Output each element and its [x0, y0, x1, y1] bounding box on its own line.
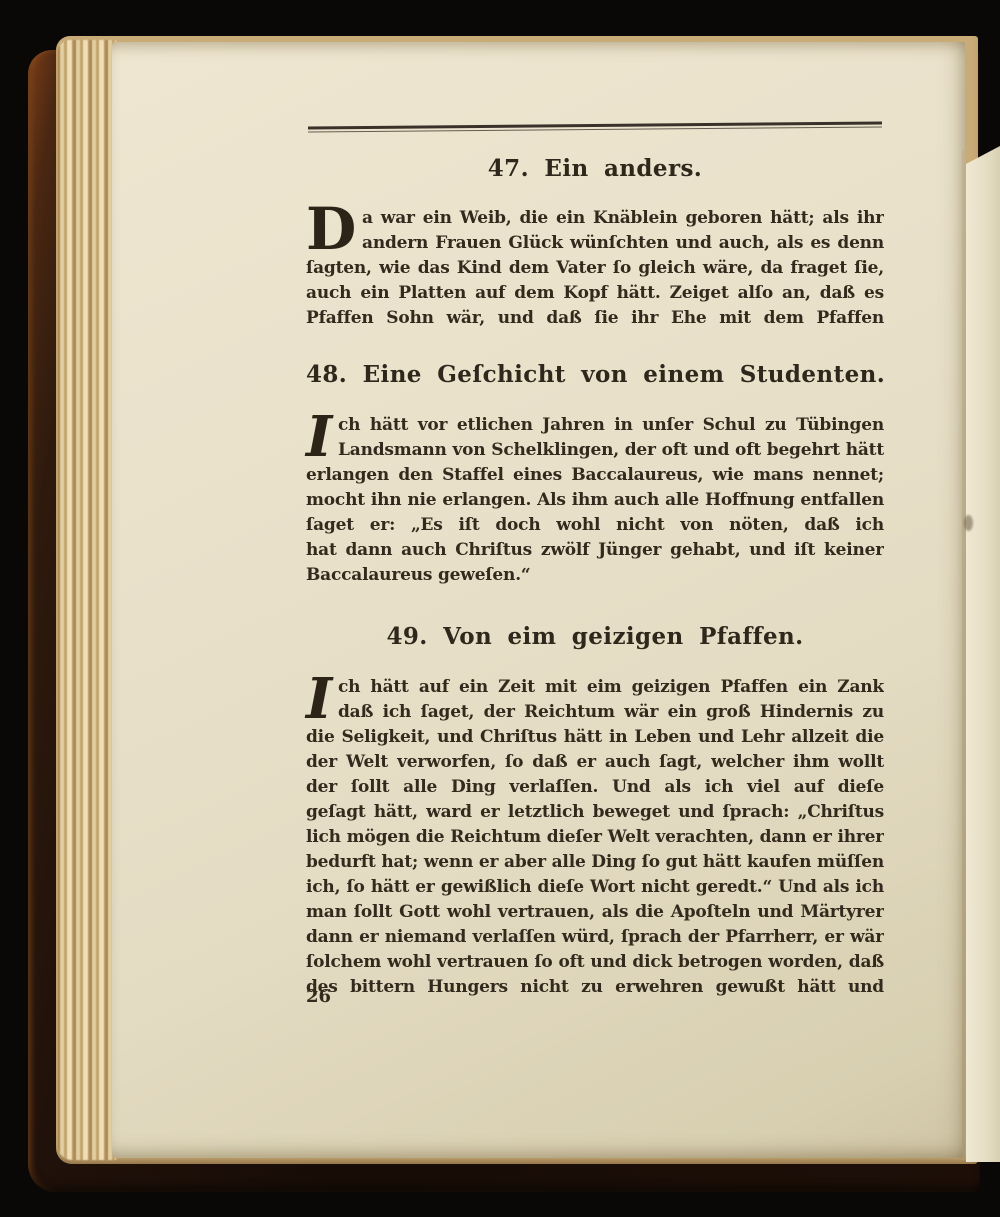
drop-cap: I [306, 413, 338, 463]
text-line: man ſollt Gott wohl vertrauen, als die A… [306, 900, 884, 925]
section-heading-49: 49. Von eim geizigen Pfaffen. [306, 623, 884, 650]
drop-cap: D [306, 206, 362, 256]
text-line: ſaget er: „Es iſt doch wohl nicht von nö… [306, 513, 884, 538]
text-line: Pfaffen Sohn wär, und daß ſie ihr Ehe mi… [306, 306, 884, 331]
drop-cap: I [306, 675, 338, 725]
page-number: 26 [306, 986, 331, 1007]
section-heading-48: 48. Eine Geſchicht von einem Studenten. [306, 361, 884, 388]
text-line: der ſollt alle Ding verlaſſen. Und als i… [306, 775, 884, 800]
ink-stain [964, 515, 973, 531]
text-line: dann er niemand verlaſſen würd, ſprach d… [306, 925, 884, 950]
text-line: erlangen den Staffel eines Baccalaureus,… [306, 463, 884, 488]
double-rule [308, 121, 882, 132]
text-line: andern Frauen Glück wünſchten und auch, … [362, 231, 884, 256]
text-line: ſolchem wohl vertrauen ſo oft und dick b… [306, 950, 884, 975]
gutter-crease [962, 150, 966, 1160]
text-line: geſagt hätt, ward er letztlich beweget u… [306, 800, 884, 825]
section-heading-47: 47. Ein anders. [306, 155, 884, 182]
text-line: daß ich ſaget, der Reichtum wär ein groß… [338, 700, 884, 725]
text-line: die Seligkeit, und Chriſtus hätt in Lebe… [306, 725, 884, 750]
text-line: ch hätt auf ein Zeit mit eim geizigen Pf… [338, 675, 884, 700]
text-line: Landsmann von Schelklingen, der oft und … [338, 438, 884, 463]
page-edge-stripes [58, 40, 116, 1160]
text-line: ich, ſo hätt er gewißlich dieſe Wort nic… [306, 875, 884, 900]
book-photo: 47. Ein anders. D a war ein Weib, die ei… [0, 0, 1000, 1217]
text-line: auch ein Platten auf dem Kopf hätt. Zeig… [306, 281, 884, 306]
section-paragraph-49: I ch hätt auf ein Zeit mit eim geizigen … [306, 675, 884, 1000]
text-column: 47. Ein anders. D a war ein Weib, die ei… [306, 0, 884, 1217]
text-line: ch hätt vor etlichen Jahren in unſer Sch… [338, 413, 884, 438]
text-line: ſagten, wie das Kind dem Vater ſo gleich… [306, 256, 884, 281]
text-line: mocht ihn nie erlangen. Als ihm auch all… [306, 488, 884, 513]
text-line: lich mögen die Reichtum dieſer Welt vera… [306, 825, 884, 850]
facing-page-sliver [966, 146, 1000, 1162]
text-line: Baccalaureus geweſen.“ [306, 563, 884, 588]
section-paragraph-47: D a war ein Weib, die ein Knäblein gebor… [306, 206, 884, 331]
text-line: bedurft hat; wenn er aber alle Ding ſo g… [306, 850, 884, 875]
text-line: des bittern Hungers nicht zu erwehren ge… [306, 975, 884, 1000]
text-line: der Welt verworfen, ſo daß er auch ſagt,… [306, 750, 884, 775]
section-paragraph-48: I ch hätt vor etlichen Jahren in unſer S… [306, 413, 884, 588]
text-line: hat dann auch Chriſtus zwölf Jünger geha… [306, 538, 884, 563]
text-line: a war ein Weib, die ein Knäblein geboren… [362, 206, 884, 231]
